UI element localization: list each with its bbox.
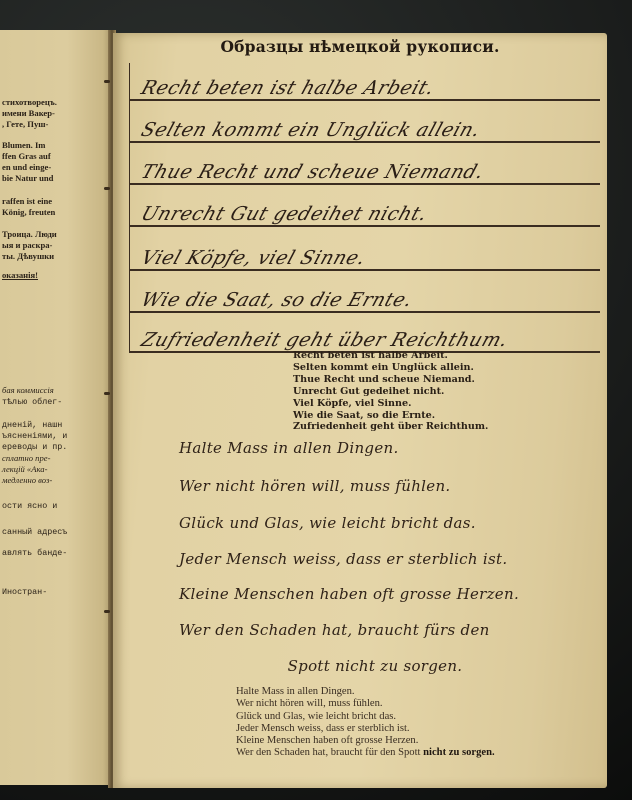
latin-script-line: Spott nicht zu sorgen. (113, 657, 607, 675)
latin-script-line: Jeder Mensch weiss, dass er sterblich is… (179, 550, 507, 568)
left-page-line: en und einge- (2, 162, 51, 174)
kurrent-handwriting-block: Recht beten ist halbe Arbeit. Selten kom… (129, 63, 600, 353)
fraktur-line: Viel Köpfe, viel Sinne. (293, 398, 513, 410)
left-page-line: ты. Дѣвушки (2, 251, 54, 263)
page-title: Образцы нѣмецкой рукописи. (113, 37, 607, 56)
kurrent-line: Thue Recht und scheue Niemand. (138, 161, 486, 183)
binding-stitch (104, 80, 110, 83)
roman-line: Kleine Menschen haben oft grosse Herzen. (236, 735, 596, 747)
ruled-line (130, 311, 600, 313)
fraktur-line: Selten kommt ein Unglück allein. (293, 362, 513, 374)
fraktur-line: Unrecht Gut gedeihet nicht. (293, 386, 513, 398)
latin-script-line: Halte Mass in allen Dingen. (179, 439, 399, 457)
left-page-line: сплатно пре- (2, 453, 50, 465)
left-page-line: Троица. Люди (2, 229, 57, 241)
roman-transcription: Halte Mass in allen Dingen. Wer nicht hö… (236, 686, 596, 760)
left-page-line: Blumen. Im (2, 140, 45, 152)
left-page-line: бая коммиссія (2, 385, 54, 397)
left-page-line: санный адресъ (2, 527, 67, 539)
left-page-line: Иностран- (2, 587, 47, 599)
roman-line-bold: nicht zu sorgen. (423, 747, 495, 758)
left-page-line: авлять банде- (2, 548, 67, 560)
left-page-line: медленно воз- (2, 475, 52, 487)
left-page-line: , Гете, Пуш- (2, 119, 48, 131)
ruled-line (130, 141, 600, 143)
latin-script-line: Wer den Schaden hat, braucht fürs den (179, 621, 490, 639)
roman-line: Jeder Mensch weiss, dass er sterblich is… (236, 723, 596, 735)
ruled-line (130, 269, 600, 271)
kurrent-line: Zufriedenheit geht über Reichthum. (138, 329, 511, 351)
latin-script-line: Glück und Glas, wie leicht bricht das. (179, 514, 476, 532)
left-page-line: дненій, нашн (2, 420, 62, 432)
binding-stitch (104, 392, 110, 395)
left-page-line: оказанія! (2, 270, 38, 282)
kurrent-line: Selten kommt ein Unglück allein. (138, 119, 483, 141)
roman-line: Glück und Glas, wie leicht bricht das. (236, 711, 596, 723)
roman-line-regular: Wer den Schaden hat, braucht für den Spo… (236, 747, 423, 758)
left-page-line: тѣлью облег- (2, 397, 62, 409)
fraktur-line: Wie die Saat, so die Ernte. (293, 410, 513, 422)
left-page-line: ереводы и пр. (2, 442, 67, 454)
left-page-line: ъясненіями, и (2, 431, 67, 443)
fraktur-transcription: Recht beten ist halbe Arbeit. Selten kom… (293, 350, 513, 433)
left-page: стихотворецъ. имени Вакер- , Гете, Пуш- … (0, 30, 112, 785)
left-page-line: bie Natur und (2, 173, 53, 185)
left-page-line: König, freuten (2, 207, 55, 219)
binding-stitch (104, 187, 110, 190)
ruled-line (130, 99, 600, 101)
ruled-line (130, 225, 600, 227)
kurrent-line: Recht beten ist halbe Arbeit. (138, 77, 437, 99)
fraktur-line: Recht beten ist halbe Arbeit. (293, 350, 513, 362)
kurrent-line: Wie die Saat, so die Ernte. (138, 289, 415, 311)
left-page-line: имени Вакер- (2, 108, 55, 120)
left-page-line: лекцій «Ака- (2, 464, 47, 476)
binding-stitch (104, 610, 110, 613)
latin-script-line: Wer nicht hören will, muss fühlen. (179, 477, 450, 495)
left-page-line: ffen Gras auf (2, 151, 51, 163)
left-page-line: ыя и раскра- (2, 240, 52, 252)
left-page-line: стихотворецъ. (2, 97, 57, 109)
fraktur-line: Thue Recht und scheue Niemand. (293, 374, 513, 386)
ruled-line (130, 183, 600, 185)
left-page-line: ости ясно и (2, 501, 57, 513)
kurrent-line: Unrecht Gut gedeihet nicht. (138, 203, 430, 225)
fraktur-line: Zufriedenheit geht über Reichthum. (293, 421, 513, 433)
left-page-line: raffen ist eine (2, 196, 52, 208)
roman-line-last: Wer den Schaden hat, braucht für den Spo… (236, 747, 596, 759)
roman-line: Halte Mass in allen Dingen. (236, 686, 596, 698)
latin-script-line: Kleine Menschen haben oft grosse Herzen. (179, 585, 519, 603)
roman-line: Wer nicht hören will, muss fühlen. (236, 698, 596, 710)
right-page: Образцы нѣмецкой рукописи. Recht beten i… (113, 33, 607, 788)
kurrent-line: Viel Köpfe, viel Sinne. (138, 247, 368, 269)
